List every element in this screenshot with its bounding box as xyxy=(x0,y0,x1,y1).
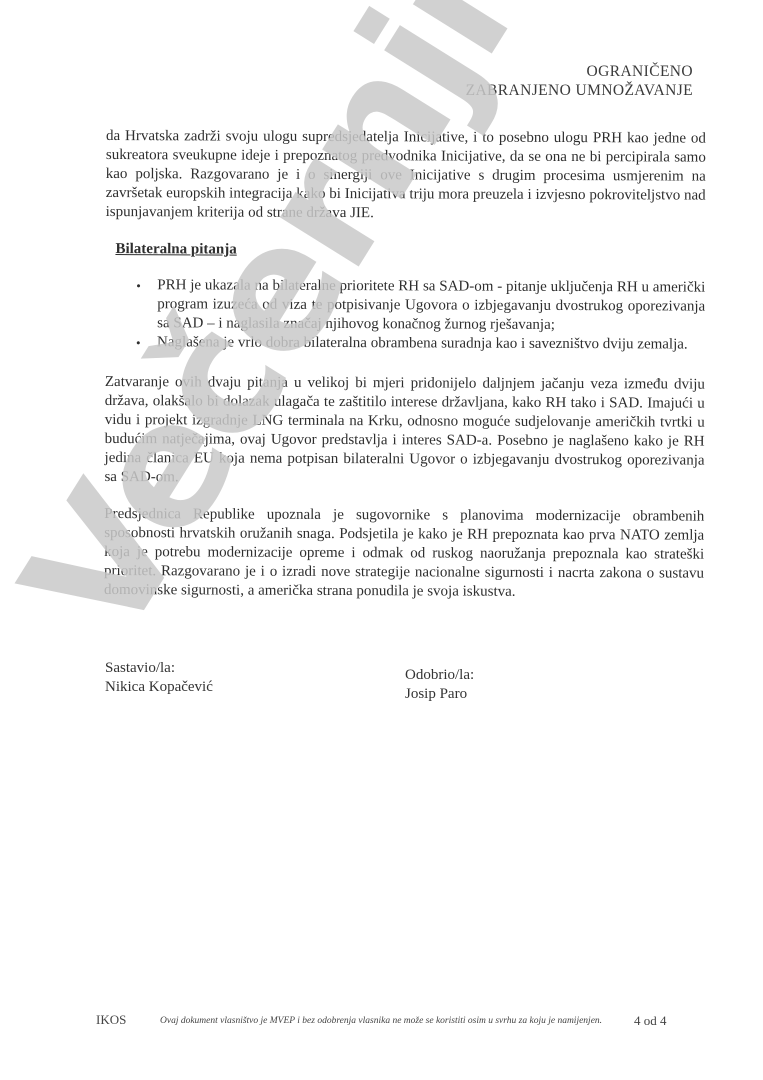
approved-by-name: Josip Paro xyxy=(405,685,474,704)
approved-by-block: Odobrio/la: Josip Paro xyxy=(405,666,474,704)
paragraph: Zatvaranje ovih dvaju pitanja u velikoj … xyxy=(104,373,704,490)
footer-code: IKOS xyxy=(96,1012,126,1028)
section-heading: Bilateralna pitanja xyxy=(115,240,705,262)
composed-by-label: Sastavio/la: xyxy=(105,659,213,678)
approved-by-label: Odobrio/la: xyxy=(405,666,474,685)
classification-level: OGRANIČENO xyxy=(466,62,693,81)
ownership-notice: Ovaj dokument vlasništvo je MVEP i bez o… xyxy=(160,1016,602,1026)
bullet-list: PRH je ukazala na bilateralne prioritete… xyxy=(105,276,705,355)
bullet-item: PRH je ukazala na bilateralne prioritete… xyxy=(157,276,705,335)
document-body: da Hrvatska zadrži svoju ulogu supredsje… xyxy=(104,127,706,621)
page-footer: IKOS Ovaj dokument vlasništvo je MVEP i … xyxy=(96,1012,696,1032)
intro-paragraph: da Hrvatska zadrži svoju ulogu supredsje… xyxy=(106,127,706,225)
page-number: 4 od 4 xyxy=(634,1013,667,1029)
document-page: OGRANIČENO ZABRANJENO UMNOŽAVANJE da Hrv… xyxy=(0,0,763,1080)
composed-by-name: Nikica Kopačević xyxy=(105,678,213,697)
bullet-item: Naglašena je vrlo dobra bilateralna obra… xyxy=(157,333,705,354)
reproduction-restriction: ZABRANJENO UMNOŽAVANJE xyxy=(466,81,693,100)
paragraph: Predsjednica Republike upoznala je sugov… xyxy=(104,505,704,603)
composed-by-block: Sastavio/la: Nikica Kopačević xyxy=(105,659,213,697)
classification-marking: OGRANIČENO ZABRANJENO UMNOŽAVANJE xyxy=(466,62,693,100)
